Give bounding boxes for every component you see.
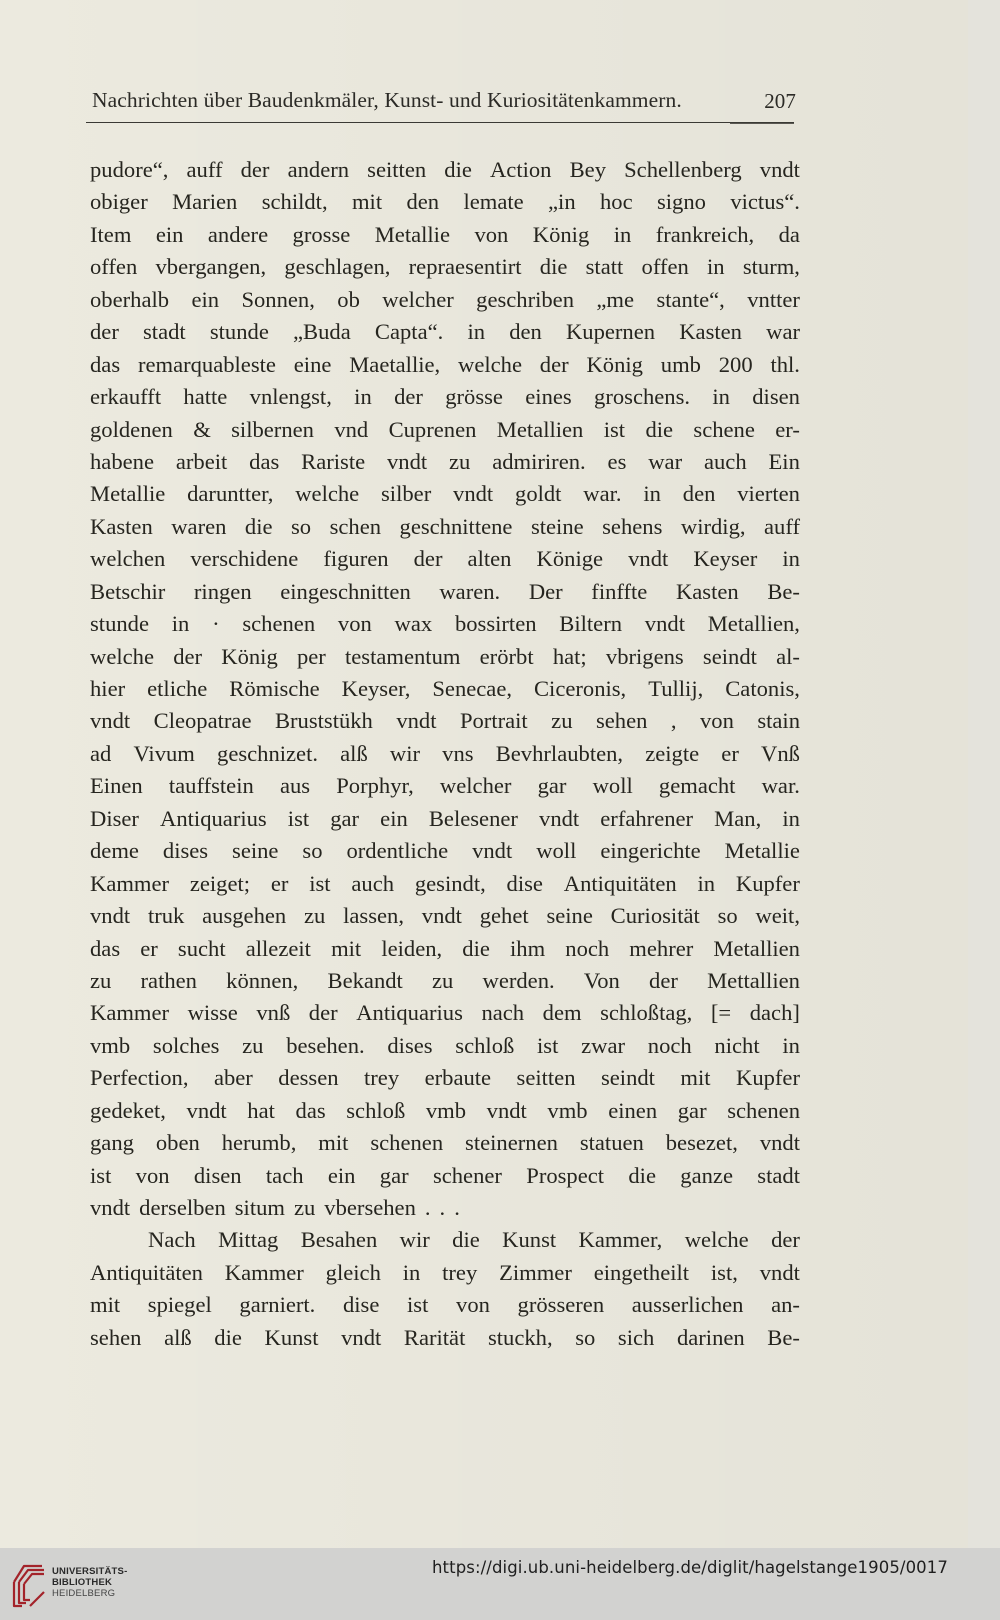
word: vndt	[760, 154, 800, 186]
word: ist	[604, 414, 625, 446]
word: zu	[294, 1192, 315, 1224]
permalink-url[interactable]: https://digi.ub.uni-heidelberg.de/diglit…	[432, 1558, 948, 1577]
library-logo-icon	[10, 1560, 46, 1610]
text-line: goldenen&silbernenvndCuprenenMetallienis…	[90, 414, 800, 446]
word: .	[440, 1192, 446, 1224]
word: Der	[529, 576, 563, 608]
word: von	[456, 1289, 490, 1321]
word: welche	[295, 478, 359, 510]
word: schene	[693, 414, 754, 446]
word: alß	[164, 1322, 192, 1354]
word: testamentum	[345, 641, 460, 673]
word: ein	[191, 284, 219, 316]
word: die	[444, 154, 472, 186]
word: erbaute	[425, 1062, 491, 1094]
word: vmb	[90, 1030, 130, 1062]
word: sucht	[178, 933, 226, 965]
word: erörbt	[480, 641, 534, 673]
word: werden.	[483, 965, 555, 997]
word: Tullij,	[648, 673, 703, 705]
word: schildt,	[262, 186, 328, 218]
word: vnlengst,	[250, 381, 332, 413]
word: Kammer	[225, 1257, 304, 1289]
word: mit	[318, 1127, 348, 1159]
word: Be-	[767, 576, 800, 608]
text-line: dasremarquablesteeineMaetallie,welcheder…	[90, 349, 800, 381]
word: situm	[235, 1192, 285, 1224]
word: den	[509, 316, 542, 348]
word: auch	[351, 868, 394, 900]
word: der	[649, 965, 678, 997]
word: Metallie	[90, 478, 165, 510]
word: gedeket,	[90, 1095, 166, 1127]
word: Belesener	[429, 803, 518, 835]
page-edge	[968, 0, 1000, 1548]
word: grösseren	[518, 1289, 605, 1321]
word: Metallie	[375, 219, 450, 251]
word: vndt	[422, 900, 462, 932]
word: war	[766, 316, 800, 348]
word: al-	[776, 641, 800, 673]
word: Kupernen	[566, 316, 655, 348]
word: stuckh,	[488, 1322, 553, 1354]
word: die	[645, 414, 673, 446]
word: einen	[608, 1095, 657, 1127]
word: auch	[704, 446, 747, 478]
word: Vnß	[761, 738, 800, 770]
word: rathen	[141, 965, 197, 997]
word: da	[779, 219, 800, 251]
word: Porphyr,	[336, 770, 414, 802]
word: oben	[156, 1127, 200, 1159]
word: seitten	[367, 154, 426, 186]
word: von	[700, 705, 734, 737]
word: ad	[90, 738, 111, 770]
word: mit	[680, 1062, 710, 1094]
word: ist	[537, 1030, 558, 1062]
word: besehen.	[286, 1030, 364, 1062]
word: ist	[407, 1289, 428, 1321]
word: eingerichte	[600, 835, 700, 867]
word: vndt	[760, 1127, 800, 1159]
text-line: gedeket,vndthatdasschloßvmbvndtvmbeineng…	[90, 1095, 800, 1127]
word: noch	[648, 1030, 692, 1062]
word: steinernen	[465, 1127, 558, 1159]
word: Bruststükh	[275, 705, 373, 737]
text-line: Kastenwarendiesoschengeschnittenesteines…	[90, 511, 800, 543]
word: derselben	[139, 1192, 226, 1224]
text-line: offenvbergangen,geschlagen,repraesentirt…	[90, 251, 800, 283]
word: welcher	[382, 284, 454, 316]
word: habene	[90, 446, 154, 478]
word: noch	[565, 933, 609, 965]
word: Bey	[570, 154, 606, 186]
word: remarquableste	[138, 349, 276, 381]
header-rule	[86, 122, 794, 123]
word: vndt	[387, 446, 427, 478]
word: er-	[775, 414, 800, 446]
word: pudore“,	[90, 154, 168, 186]
word: Ciceronis,	[534, 673, 626, 705]
text-line: sehenalßdieKunstvndtRaritätstuckh,sosich…	[90, 1322, 800, 1354]
word: Kasten	[676, 576, 739, 608]
word: der	[394, 381, 423, 413]
word: in	[698, 868, 716, 900]
text-line: gangobenherumb,mitschenensteinernenstatu…	[90, 1127, 800, 1159]
footer-bar: UNIVERSITÄTS- BIBLIOTHEK HEIDELBERG http…	[0, 1548, 1000, 1620]
word: auff	[764, 511, 800, 543]
word: die	[540, 251, 568, 283]
word: seindt	[601, 1062, 655, 1094]
word: er	[271, 868, 289, 900]
word: wirdig,	[681, 511, 746, 543]
word: den	[406, 186, 439, 218]
word: dise	[507, 868, 543, 900]
word: stunde	[90, 608, 149, 640]
word: dise	[343, 1289, 379, 1321]
text-line: istvondisentacheingarschenerProspectdieg…	[90, 1160, 800, 1192]
word: Antiquitäten	[564, 868, 677, 900]
word: vbersehen	[324, 1192, 416, 1224]
text-line: hieretlicheRömischeKeyser,Senecae,Cicero…	[90, 673, 800, 705]
text-line: vndtderselbensitumzuvbersehen...	[90, 1192, 800, 1224]
word: vndt	[453, 478, 493, 510]
word: nach	[481, 997, 524, 1029]
word: Betschir	[90, 576, 165, 608]
word: bossirten	[455, 608, 537, 640]
word: König	[586, 349, 642, 381]
word: herumb,	[222, 1127, 297, 1159]
word: Könige	[537, 543, 604, 575]
word: Cleopatrae	[154, 705, 252, 737]
word: waren	[171, 511, 226, 543]
word: dem	[543, 997, 582, 1029]
word: alten	[468, 543, 512, 575]
word: dises	[387, 1030, 432, 1062]
word: vierten	[737, 478, 800, 510]
word: das	[90, 349, 120, 381]
page-number: 207	[764, 89, 796, 114]
word: schloß	[455, 1030, 514, 1062]
word: Biltern	[559, 608, 622, 640]
word: seindt	[703, 641, 757, 673]
text-line: welchederKönigpertestamentumerörbthat;vb…	[90, 641, 800, 673]
word: offen	[90, 251, 137, 283]
word: grösse	[445, 381, 503, 413]
word: ist	[309, 868, 330, 900]
word: die	[452, 1224, 480, 1256]
word: ausgehen	[202, 900, 286, 932]
word: in	[643, 478, 661, 510]
word: in	[467, 316, 485, 348]
word: gar	[330, 803, 359, 835]
word: König	[533, 219, 589, 251]
word: wisse	[188, 997, 238, 1029]
word: wax	[395, 608, 433, 640]
word: statt	[586, 251, 624, 283]
word: stante“,	[656, 284, 724, 316]
text-line: KammerwissevnßderAntiquariusnachdemschlo…	[90, 997, 800, 1029]
word: gehet	[480, 900, 529, 932]
word: vndt	[90, 900, 130, 932]
word: statuen	[580, 1127, 644, 1159]
word: mehrer	[629, 933, 693, 965]
word: Rariste	[301, 446, 365, 478]
word: Kammer	[90, 997, 169, 1029]
word: vndt	[760, 1257, 800, 1289]
text-line: mitspiegelgarniert.diseistvongrösserenau…	[90, 1289, 800, 1321]
word: aus	[280, 770, 310, 802]
word: figuren	[323, 543, 388, 575]
word: Kammer	[90, 868, 169, 900]
word: gleich	[326, 1257, 381, 1289]
text-line: vndtCleopatraeBruststükhvndtPortraitzuse…	[90, 705, 800, 737]
word: die	[628, 1160, 656, 1192]
word: leiden,	[381, 933, 442, 965]
word: Zimmer	[499, 1257, 572, 1289]
word: ordentliche	[346, 835, 448, 867]
word: ·	[212, 608, 220, 640]
word: trey	[442, 1257, 477, 1289]
word: so	[291, 511, 311, 543]
word: nicht	[714, 1030, 759, 1062]
word: Metallien	[713, 933, 800, 965]
header-rule-segment	[730, 123, 794, 124]
word: das	[90, 933, 120, 965]
text-line: NachMittagBesahenwirdieKunstKammer,welch…	[90, 1224, 800, 1256]
word: zu	[449, 446, 470, 478]
word: Diser	[90, 803, 139, 835]
word: der	[173, 641, 202, 673]
word: Marien	[172, 186, 237, 218]
word: in	[782, 543, 800, 575]
word: so	[302, 835, 322, 867]
text-line: zurathenkönnen,Bekandtzuwerden.VonderMet…	[90, 965, 800, 997]
word: Kupfer	[736, 868, 800, 900]
word: Mettallien	[707, 965, 800, 997]
word: victus“.	[730, 186, 800, 218]
word: zeigte	[645, 738, 699, 770]
word: trey	[364, 1062, 399, 1094]
word: den	[683, 478, 716, 510]
word: vbrigens	[606, 641, 684, 673]
text-line: Betschirringeneingeschnittenwaren.Derfin…	[90, 576, 800, 608]
word: in	[354, 381, 372, 413]
text-line: Perfection,aberdessentreyerbauteseittens…	[90, 1062, 800, 1094]
word: zeiget;	[190, 868, 250, 900]
word: Keyser,	[342, 673, 411, 705]
word: schenen	[242, 608, 315, 640]
word: Antiquarius	[160, 803, 267, 835]
word: per	[297, 641, 326, 673]
word: der	[414, 543, 443, 575]
word: Prospect	[526, 1160, 604, 1192]
word: garniert.	[239, 1289, 315, 1321]
word: Bevhrlaubten,	[496, 738, 623, 770]
word: silber	[381, 478, 431, 510]
running-header: Nachrichten über Baudenkmäler, Kunst- un…	[92, 88, 802, 118]
word: gar	[538, 770, 567, 802]
word: eine	[294, 349, 332, 381]
word: hatte	[183, 381, 227, 413]
word: ist	[288, 803, 309, 835]
word: vndt	[90, 1192, 130, 1224]
library-name-line2: BIBLIOTHEK	[52, 1577, 127, 1588]
word: zu	[551, 705, 572, 737]
word: tauffstein	[169, 770, 254, 802]
word: schenen	[370, 1127, 443, 1159]
word: stadt	[143, 316, 186, 348]
text-line: adVivumgeschnizet.alßwirvnsBevhrlaubten,…	[90, 738, 800, 770]
word: [=	[711, 997, 731, 1029]
word: vndt	[396, 705, 436, 737]
word: Curiosität	[611, 900, 700, 932]
word: zu	[304, 900, 325, 932]
word: Catonis,	[725, 673, 800, 705]
word: deme	[90, 835, 139, 867]
word: welchen	[90, 543, 165, 575]
word: ,	[671, 705, 677, 737]
word: hoc	[600, 186, 633, 218]
word: Kupfer	[736, 1062, 800, 1094]
word: wir	[400, 1224, 430, 1256]
word: signo	[657, 186, 706, 218]
word: offen	[642, 251, 689, 283]
word: hat;	[553, 641, 587, 673]
word: geschnittene	[400, 511, 513, 543]
word: Antiquarius	[356, 997, 463, 1029]
word: repraesentirt	[409, 251, 522, 283]
word: der	[540, 349, 569, 381]
text-line: DiserAntiquariusistgareinBelesenervndter…	[90, 803, 800, 835]
word: in	[712, 381, 730, 413]
word: gar	[678, 1095, 707, 1127]
word: ihm	[510, 933, 545, 965]
word: vndt	[341, 1322, 381, 1354]
word: oberhalb	[90, 284, 169, 316]
word: Kunst	[265, 1322, 319, 1354]
word: er	[721, 738, 739, 770]
word: die	[245, 511, 273, 543]
word: ist	[90, 1160, 111, 1192]
word: Kasten	[679, 316, 742, 348]
word: das	[296, 1095, 326, 1127]
word: welcher	[440, 770, 512, 802]
word: König	[221, 641, 277, 673]
word: hier	[90, 673, 125, 705]
word: in	[782, 1030, 800, 1062]
word: vbergangen,	[156, 251, 267, 283]
text-line: vmbsolcheszubesehen.disesschloßistzwarno…	[90, 1030, 800, 1062]
word: schloßtag,	[600, 997, 692, 1029]
text-line: habenearbeitdasRaristevndtzuadmiriren.es…	[90, 446, 800, 478]
word: war	[648, 446, 682, 478]
word: Römische	[229, 673, 319, 705]
word: an-	[771, 1289, 800, 1321]
word: Antiquitäten	[90, 1257, 203, 1289]
word: ein	[380, 803, 408, 835]
word: andern	[288, 154, 349, 186]
word: Mittag	[218, 1224, 278, 1256]
word: spiegel	[148, 1289, 212, 1321]
text-line: AntiquitätenKammergleichintreyZimmereing…	[90, 1257, 800, 1289]
word: der	[90, 316, 119, 348]
word: Von	[584, 965, 620, 997]
word: vmb	[547, 1095, 587, 1127]
library-name-line3: HEIDELBERG	[52, 1588, 127, 1599]
word: sehen	[596, 705, 647, 737]
word: seine	[232, 835, 278, 867]
word: vmb	[426, 1095, 466, 1127]
word: schener	[433, 1160, 502, 1192]
word: die	[462, 933, 490, 965]
word: Cuprenen	[389, 414, 477, 446]
word: Be-	[767, 1322, 800, 1354]
word: Kammer,	[579, 1224, 663, 1256]
word: Rarität	[404, 1322, 465, 1354]
word: Capta“.	[375, 316, 443, 348]
word: wir	[390, 738, 420, 770]
word: schloß	[346, 1095, 405, 1127]
text-line: Metalliedaruntter,welchesilbervndtgoldtw…	[90, 478, 800, 510]
word: Item	[90, 219, 131, 251]
word: Ein	[768, 446, 799, 478]
word: seitten	[517, 1062, 576, 1094]
text-line: stundein·schenenvonwaxbossirtenBilternvn…	[90, 608, 800, 640]
word: stunde	[210, 316, 269, 348]
word: „me	[596, 284, 634, 316]
word: in	[782, 803, 800, 835]
text-line: derstadtstunde„BudaCapta“.indenKupernenK…	[90, 316, 800, 348]
word: gang	[90, 1127, 134, 1159]
word: Portrait	[460, 705, 528, 737]
word: Metallie	[725, 835, 800, 867]
word: es	[608, 446, 627, 478]
text-line: Kammerzeiget;eristauchgesindt,diseAntiqu…	[90, 868, 800, 900]
word: zu	[242, 1030, 263, 1062]
word: vns	[442, 738, 473, 770]
scanned-page: Nachrichten über Baudenkmäler, Kunst- un…	[0, 0, 968, 1548]
word: Einen	[90, 770, 143, 802]
word: auff	[187, 154, 223, 186]
word: aber	[214, 1062, 253, 1094]
word: der	[241, 154, 270, 186]
word: Keyser	[693, 543, 757, 575]
word: schenen	[727, 1095, 800, 1127]
word: Sonnen,	[241, 284, 314, 316]
word: darinen	[677, 1322, 745, 1354]
word: sehens	[602, 511, 662, 543]
word: ob	[337, 284, 360, 316]
word: das	[249, 446, 279, 478]
word: finffte	[591, 576, 647, 608]
word: vndt	[487, 1095, 527, 1127]
word: vntter	[747, 284, 800, 316]
word: in	[403, 1257, 421, 1289]
word: &	[193, 414, 211, 446]
word: frankreich,	[656, 219, 754, 251]
word: daruntter,	[187, 478, 273, 510]
word: tach	[266, 1160, 304, 1192]
word: Action	[490, 154, 552, 186]
word: sich	[618, 1322, 654, 1354]
word: vndt	[539, 803, 579, 835]
word: arbeit	[176, 446, 227, 478]
word: zu	[90, 965, 111, 997]
word: lassen,	[343, 900, 404, 932]
word: vndt	[628, 543, 668, 575]
word: welche	[458, 349, 522, 381]
